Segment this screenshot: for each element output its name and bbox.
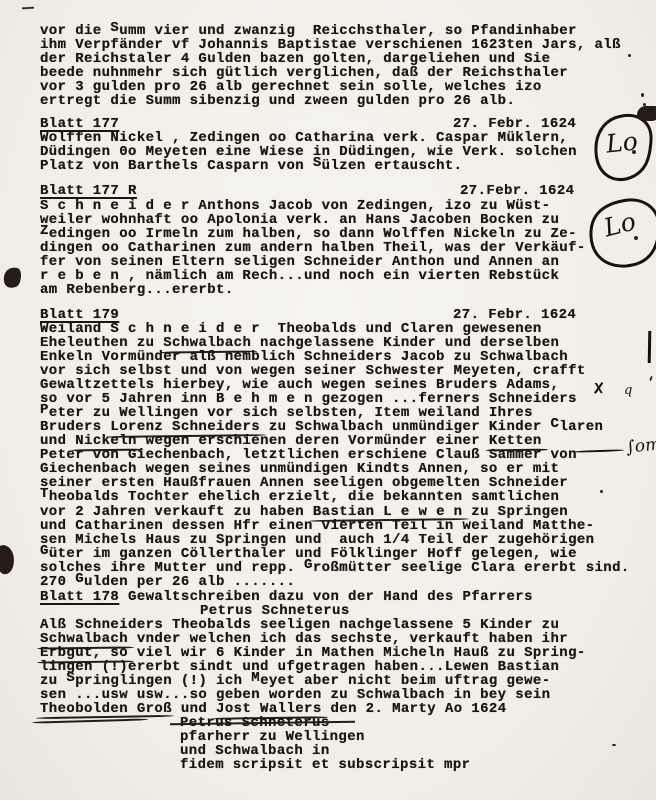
- q-note: q: [624, 383, 632, 398]
- x-mark: X: [594, 381, 604, 398]
- text-segment: ertregt die Summ sibenzig und zween guld…: [40, 93, 515, 109]
- text-line: ertregt die Summ sibenzig und zween guld…: [40, 94, 630, 108]
- text-segment: C: [551, 416, 560, 432]
- text-line: fidem scripsit et subscripsit mpr: [40, 758, 630, 772]
- text-line: Güter im ganzen Cöllerthaler und Fölklin…: [40, 547, 630, 561]
- ink-blob: [637, 106, 656, 121]
- text-line: Weiland S c h n e i d e r Theobalds und …: [40, 322, 630, 336]
- scan-speck: [643, 103, 646, 106]
- margin-annotation-lo-1: Lo: [592, 112, 656, 184]
- text-line: zu Springlingen (!) ich Meyet aber nicht…: [40, 674, 630, 688]
- text-segment: den 2. Marty Ao 1624: [322, 701, 507, 717]
- text-segment: G: [75, 571, 84, 587]
- scan-speck: [628, 54, 631, 57]
- text-line: S c h n e i d e r Anthons Jacob von Zedi…: [40, 199, 630, 213]
- text-line: Erbgut, so viel wir 6 Kinder in Mathen M…: [40, 646, 630, 660]
- ink-dot: [634, 236, 638, 240]
- text-line: Enkeln Vormünder alß nemblich Schneiders…: [40, 350, 630, 364]
- text-line: fer von seinen Eltern seligen Schneider …: [40, 255, 630, 269]
- text-line: Theobolden Groß und Jost Wallers den 2. …: [40, 702, 630, 716]
- text-segment: roßmütter seelige Clara ererbt sind.: [313, 560, 630, 576]
- correction-line: [574, 449, 624, 453]
- text-segment: 270: [40, 574, 75, 590]
- text-segment: G: [304, 557, 313, 573]
- margin-stroke: [648, 331, 651, 363]
- margin-annotation-lo-2: Lo: [588, 196, 656, 270]
- text-segment: S: [313, 155, 322, 171]
- text-line: pfarherr zu Wellingen: [40, 730, 630, 744]
- text-line: weiler wohnhaft oo Apolonia verk. an Han…: [40, 213, 630, 227]
- text-segment: S: [110, 20, 119, 36]
- scan-mark: [22, 7, 34, 10]
- text-segment: Platz von Barthels Casparn von: [40, 158, 313, 174]
- text-line: Petrus Schneterus: [40, 604, 630, 618]
- text-line: Alß Schneiders Theobalds seeligen nachge…: [40, 618, 630, 632]
- entry-date: 27.Febr. 1624: [460, 184, 574, 198]
- scan-speck: [649, 376, 653, 381]
- text-line: sen Michels Haus zu Springen und auch 1/…: [40, 533, 630, 547]
- text-line: Eheleuthen zu Schwalbach nachgelassene K…: [40, 336, 630, 350]
- blatt-heading: Blatt 178 Gewaltschreiben dazu von der H…: [40, 590, 630, 604]
- text-line: vor die Summ vier und zwanzig Reicchstha…: [40, 24, 630, 38]
- ink-blob: [0, 544, 16, 576]
- text-line: Theobalds Tochter ehelich erzielt, die b…: [40, 490, 630, 504]
- text-segment: T: [40, 486, 49, 502]
- blatt-heading: Blatt 177 R27.Febr. 1624: [40, 184, 630, 198]
- text-segment: am Rebenberg...ererbt.: [40, 282, 234, 298]
- text-line: vor 2 Jahren verkauft zu haben Bastian L…: [40, 505, 630, 519]
- text-segment: Z: [40, 223, 49, 239]
- text-line: am Rebenberg...ererbt.: [40, 283, 630, 297]
- text-line: 270 Gulden per 26 alb .......: [40, 575, 630, 589]
- margin-annotation-x: X q: [594, 380, 640, 400]
- scan-speck: [641, 93, 644, 97]
- scanned-document-page: { "page": { "background": "#f1eee7", "in…: [0, 0, 656, 800]
- document-text: vor die Summ vier und zwanzig Reicchstha…: [40, 24, 630, 772]
- text-line: vor sich selbst und von wegen seiner Sch…: [40, 364, 630, 378]
- blatt-heading: Blatt 17927. Febr. 1624: [40, 308, 630, 322]
- text-line: Zedingen oo Irmeln zum halben, so dann W…: [40, 227, 630, 241]
- text-segment: P: [40, 402, 49, 418]
- text-line: ihm Verpfänder vf Johannis Baptistae ver…: [40, 38, 630, 52]
- text-line: lingen (!)ererbt sindt und ufgetragen ha…: [40, 660, 630, 674]
- text-segment: ulden per 26 alb .......: [84, 574, 295, 590]
- margin-annotation-som: ∫om: [574, 438, 656, 468]
- text-segment: fidem scripsit et subscripsit mpr: [180, 757, 470, 773]
- text-segment: ülzen ertauscht.: [322, 158, 463, 174]
- som-annotation-text: ∫om: [625, 434, 656, 458]
- ink-blob: [1, 265, 24, 290]
- text-segment: G: [40, 543, 49, 559]
- scan-speck: [600, 490, 603, 493]
- text-line: und Catharinen dessen Hfr einen vierten …: [40, 519, 630, 533]
- entry-date: 27. Febr. 1624: [453, 308, 576, 322]
- text-line: r e b e n , nämlich am Rech...und noch e…: [40, 269, 630, 283]
- text-line: Platz von Barthels Casparn von Sülzen er…: [40, 159, 630, 173]
- ink-dot: [632, 150, 636, 154]
- text-segment: M: [251, 670, 260, 686]
- text-line: Schwalbach vnder welchen ich das sechste…: [40, 632, 630, 646]
- text-segment: Blatt 178: [40, 589, 119, 605]
- text-segment: laren: [559, 419, 603, 435]
- text-line: dingen oo Catharinen zum andern halben T…: [40, 241, 630, 255]
- scan-speck: [612, 744, 616, 746]
- text-segment: S: [66, 670, 75, 686]
- text-line: solches ihre Mutter und repp. Großmütter…: [40, 561, 630, 575]
- text-segment: Theobolden Groß: [40, 701, 172, 717]
